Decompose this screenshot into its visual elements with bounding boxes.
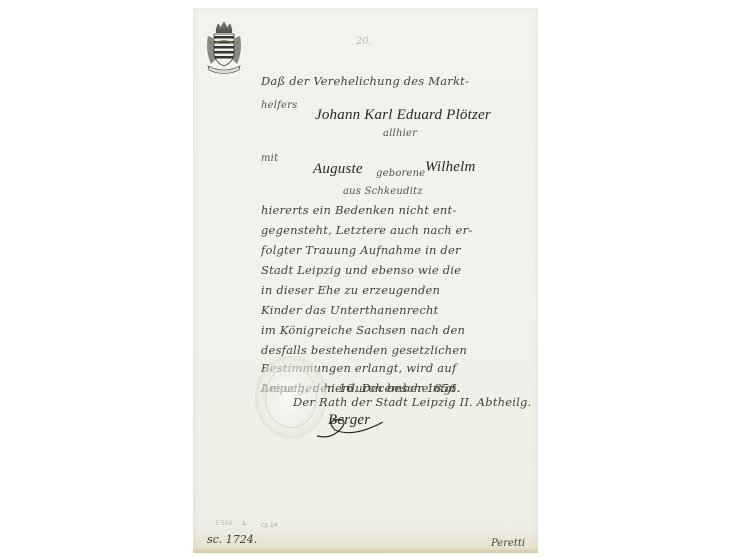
document-page: 20. Daß der Verehelichung des Markt- hel… xyxy=(193,8,538,553)
bride-first-name: Auguste xyxy=(313,161,363,178)
authority-line: Der Rath der Stadt Leipzig II. Abtheilg. xyxy=(293,395,531,409)
text-line: helfers xyxy=(261,100,298,111)
corner-signature: Peretti xyxy=(491,538,525,549)
groom-name: Johann Karl Eduard Plötzer xyxy=(315,107,491,124)
archive-pencil-note: L xyxy=(243,520,246,527)
text-line: Daß der Verehelichung des Markt- xyxy=(261,74,469,88)
archive-pencil-note: cp.14 xyxy=(261,522,278,529)
text-line: Stadt Leipzig und ebenso wie die xyxy=(261,263,461,277)
coat-of-arms-icon xyxy=(203,20,245,74)
bride-maiden-name: Wilhelm xyxy=(425,159,476,176)
text-line: mit xyxy=(261,153,278,164)
text-line: geborene xyxy=(376,168,425,179)
text-line: gegensteht, Letztere auch nach er- xyxy=(261,223,472,237)
folio-number: 20. xyxy=(356,36,372,47)
archive-ink-number: sc. 1724. xyxy=(207,533,257,546)
text-line: hiererts ein Bedenken nicht ent- xyxy=(261,203,456,217)
text-line: in dieser Ehe zu erzeugenden xyxy=(261,283,440,297)
text-line: aus Schkeuditz xyxy=(343,186,423,197)
text-line: im Königreiche Sachsen nach den xyxy=(261,323,465,337)
archive-pencil-note: 3.550. xyxy=(215,520,234,527)
text-line: allhier xyxy=(383,128,417,139)
signature-flourish-icon xyxy=(313,410,403,440)
text-line: Kinder das Unterthanenrecht xyxy=(261,303,438,317)
text-line: folgter Trauung Aufnahme in der xyxy=(261,243,461,257)
text-line: desfalls bestehenden gesetzlichen xyxy=(261,343,467,357)
